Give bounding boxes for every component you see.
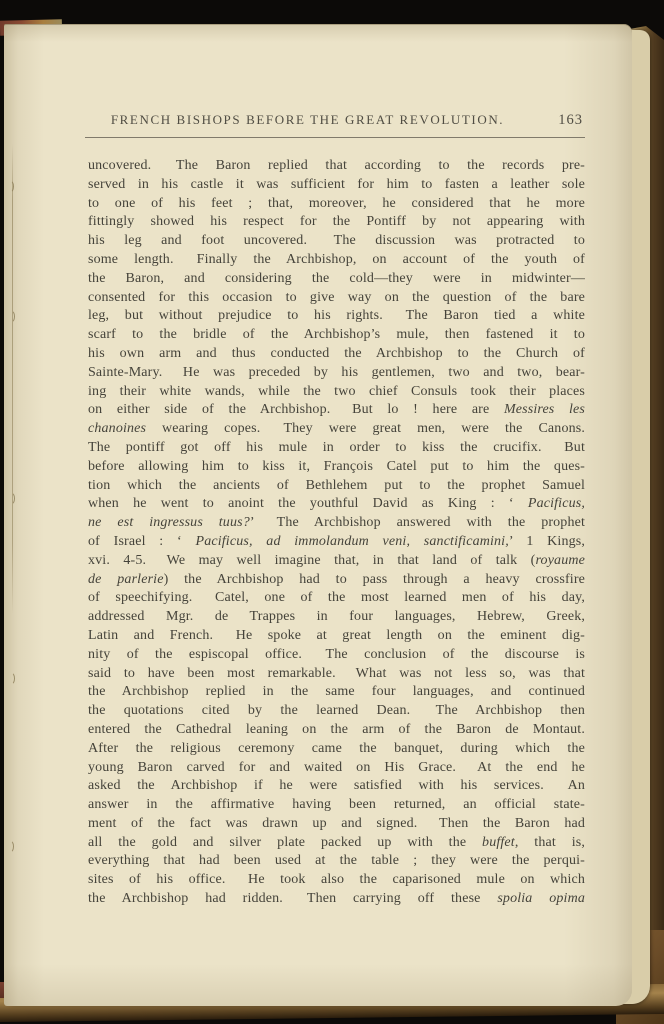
text-line: the Archbishop replied in the same four …	[88, 683, 585, 702]
roman-text: to one of his feet ; that, moreover, he …	[88, 196, 585, 211]
roman-text: the quotations cited by the learned Dean…	[88, 703, 585, 718]
roman-text: sites of his office. He took also the ca…	[88, 872, 585, 887]
header-rule	[85, 137, 585, 138]
italic-text: chanoines	[88, 421, 146, 436]
roman-text: young Baron carved for and waited on His…	[88, 760, 585, 775]
book-page: FRENCH BISHOPS BEFORE THE GREAT REVOLUTI…	[4, 24, 632, 1006]
running-header: FRENCH BISHOPS BEFORE THE GREAT REVOLUTI…	[88, 112, 585, 130]
text-line: scarf to the bridle of the Archbishop’s …	[88, 326, 585, 345]
roman-text: some length. Finally the Archbishop, on …	[88, 252, 585, 267]
roman-text: nity of the espiscopal office. The concl…	[88, 647, 585, 662]
text-line: ing their white wands, while the two chi…	[88, 383, 585, 402]
roman-text: The pontiff got off his mule in order to…	[88, 440, 585, 455]
roman-text: , that is,	[515, 835, 585, 850]
roman-text: the Archbishop replied in the same four …	[88, 684, 585, 699]
text-line: all the gold and silver plate packed up …	[88, 834, 585, 853]
italic-text: ne est ingressus tuus?	[88, 515, 250, 530]
text-line: everything that had been used at the tab…	[88, 852, 585, 871]
text-line: fittingly showed his respect for the Pon…	[88, 213, 585, 232]
text-line: xvi. 4-5. We may well imagine that, in t…	[88, 552, 585, 571]
text-line: uncovered. The Baron replied that accord…	[88, 157, 585, 176]
text-line: chanoines wearing copes. They were great…	[88, 420, 585, 439]
italic-text: royaume	[535, 553, 585, 568]
roman-text: asked the Archbishop if he were satisfie…	[88, 778, 585, 793]
roman-text: Latin and French. He spoke at great leng…	[88, 628, 585, 643]
roman-text: of speechifying. Catel, one of the most …	[88, 590, 585, 605]
roman-text: Sainte-Mary. He was preceded by his gent…	[88, 365, 585, 380]
text-line: Latin and French. He spoke at great leng…	[88, 627, 585, 646]
italic-text: spolia opima	[497, 891, 585, 906]
roman-text: xvi. 4-5. We may well imagine that, in t…	[88, 553, 535, 568]
roman-text: tion which the ancients of Bethlehem put…	[88, 478, 585, 493]
text-line: the Archbishop had ridden. Then carrying…	[88, 890, 585, 909]
text-line: Sainte-Mary. He was preceded by his gent…	[88, 364, 585, 383]
text-line: entered the Cathedral leaning on the arm…	[88, 721, 585, 740]
roman-text: consented for this occasion to give way …	[88, 290, 585, 305]
text-line: before allowing him to kiss it, François…	[88, 458, 585, 477]
roman-text: ’ The Archbishop answered with the proph…	[250, 515, 585, 530]
roman-text: his own arm and thus conducted the Archb…	[88, 346, 585, 361]
text-line: addressed Mgr. de Trappes in four langua…	[88, 608, 585, 627]
text-line: on either side of the Archbishop. But lo…	[88, 401, 585, 420]
roman-text: everything that had been used at the tab…	[88, 853, 585, 868]
text-line: de parlerie) the Archbishop had to pass …	[88, 571, 585, 590]
roman-text: all the gold and silver plate packed up …	[88, 835, 482, 850]
text-line: ne est ingressus tuus?’ The Archbishop a…	[88, 514, 585, 533]
roman-text: when he went to anoint the youthful Davi…	[88, 496, 528, 511]
roman-text: leg, but without prejudice to his rights…	[88, 308, 585, 323]
italic-text: Messires les	[504, 402, 585, 417]
roman-text: addressed Mgr. de Trappes in four langua…	[88, 609, 585, 624]
page-number: 163	[558, 112, 583, 129]
text-line: of Israel : ‘ Pacificus, ad immolandum v…	[88, 533, 585, 552]
text-line: The pontiff got off his mule in order to…	[88, 439, 585, 458]
roman-text: ’ 1 Kings,	[509, 534, 585, 549]
roman-text: wearing copes. They were great men, were…	[146, 421, 585, 436]
roman-text: fittingly showed his respect for the Pon…	[88, 214, 585, 229]
roman-text: of Israel : ‘	[88, 534, 196, 549]
text-line: ment of the fact was drawn up and signed…	[88, 815, 585, 834]
text-line: consented for this occasion to give way …	[88, 289, 585, 308]
text-line: his leg and foot uncovered. The discussi…	[88, 232, 585, 251]
roman-text: scarf to the bridle of the Archbishop’s …	[88, 327, 585, 342]
text-line: answer in the affirmative having been re…	[88, 796, 585, 815]
text-line: when he went to anoint the youthful Davi…	[88, 495, 585, 514]
roman-text: ing their white wands, while the two chi…	[88, 384, 585, 399]
roman-text: the Archbishop had ridden. Then carrying…	[88, 891, 497, 906]
text-line: of speechifying. Catel, one of the most …	[88, 589, 585, 608]
roman-text: After the religious ceremony came the ba…	[88, 741, 585, 756]
italic-text: buffet	[482, 835, 515, 850]
roman-text: on either side of the Archbishop. But lo…	[88, 402, 504, 417]
text-line: tion which the ancients of Bethlehem put…	[88, 477, 585, 496]
text-line: leg, but without prejudice to his rights…	[88, 307, 585, 326]
roman-text: served in his castle it was sufficient f…	[88, 177, 585, 192]
text-line: the Baron, and considering the cold—they…	[88, 270, 585, 289]
roman-text: ) the Archbishop had to pass through a h…	[164, 572, 585, 587]
italic-text: Pacificus,	[528, 496, 585, 511]
roman-text: uncovered. The Baron replied that accord…	[88, 158, 585, 173]
book-photo: { "book": { "header": { "title": "FRENCH…	[0, 0, 664, 1024]
text-line: his own arm and thus conducted the Archb…	[88, 345, 585, 364]
text-line: said to have been most remarkable. What …	[88, 665, 585, 684]
italic-text: Pacificus, ad immolandum veni, sanctific…	[196, 534, 509, 549]
text-line: served in his castle it was sufficient f…	[88, 176, 585, 195]
text-line: After the religious ceremony came the ba…	[88, 740, 585, 759]
page-content: FRENCH BISHOPS BEFORE THE GREAT REVOLUTI…	[4, 24, 632, 1006]
text-line: nity of the espiscopal office. The concl…	[88, 646, 585, 665]
page-body: uncovered. The Baron replied that accord…	[88, 157, 585, 909]
running-header-title: FRENCH BISHOPS BEFORE THE GREAT REVOLUTI…	[88, 112, 585, 128]
roman-text: the Baron, and considering the cold—they…	[88, 271, 585, 286]
text-line: sites of his office. He took also the ca…	[88, 871, 585, 890]
roman-text: entered the Cathedral leaning on the arm…	[88, 722, 585, 737]
text-line: to one of his feet ; that, moreover, he …	[88, 195, 585, 214]
roman-text: before allowing him to kiss it, François…	[88, 459, 585, 474]
roman-text: said to have been most remarkable. What …	[88, 666, 585, 681]
text-line: asked the Archbishop if he were satisfie…	[88, 777, 585, 796]
text-line: young Baron carved for and waited on His…	[88, 759, 585, 778]
text-line: the quotations cited by the learned Dean…	[88, 702, 585, 721]
text-line: some length. Finally the Archbishop, on …	[88, 251, 585, 270]
roman-text: answer in the affirmative having been re…	[88, 797, 585, 812]
italic-text: de parlerie	[88, 572, 164, 587]
roman-text: ment of the fact was drawn up and signed…	[88, 816, 585, 831]
roman-text: his leg and foot uncovered. The discussi…	[88, 233, 585, 248]
